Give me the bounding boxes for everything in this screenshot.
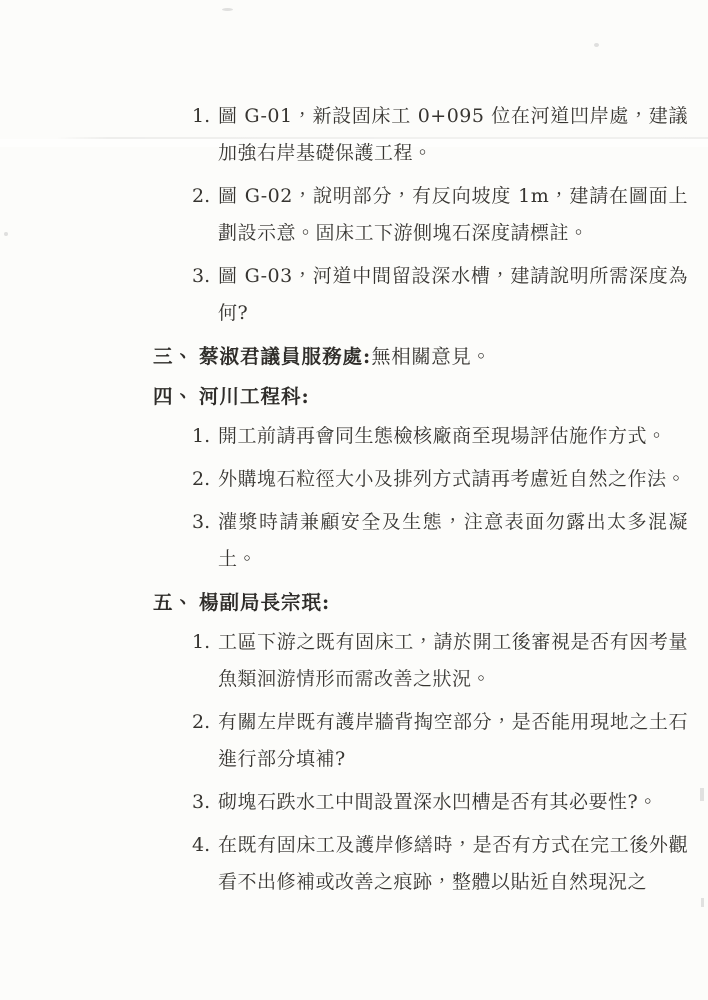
item-number: 1. [192, 624, 210, 661]
list-item: 4.在既有固床工及護岸修繕時，是否有方式在完工後外觀看不出修補或改善之痕跡，整體… [218, 827, 688, 901]
item-number: 1. [192, 98, 210, 135]
section-heading: 五、楊副局長宗珉: [0, 584, 708, 621]
list-item: 1.工區下游之既有固床工，請於開工後審視是否有因考量魚類洄游情形而需改善之狀況。 [218, 624, 688, 698]
document-page: 1.圖 G-01，新設固床工 0+095 位在河道凹岸處，建議加強右岸基礎保護工… [0, 0, 708, 1000]
document-content: 1.圖 G-01，新設固床工 0+095 位在河道凹岸處，建議加強右岸基礎保護工… [0, 98, 708, 907]
item-text: 圖 G-02，說明部分，有反向坡度 1m，建請在圖面上劃設示意。固床工下游側塊石… [218, 185, 688, 244]
item-number: 3. [192, 258, 210, 295]
list-item: 1.開工前請再會同生態檢核廠商至現場評估施作方式。 [218, 418, 688, 455]
item-number: 4. [192, 827, 210, 864]
item-number: 2. [192, 461, 210, 498]
item-number: 2. [192, 178, 210, 215]
item-text: 有關左岸既有護岸牆背掏空部分，是否能用現地之土石進行部分填補? [218, 711, 688, 770]
item-number: 3. [192, 504, 210, 541]
list-item: 3.砌塊石跌水工中間設置深水凹槽是否有其必要性?。 [218, 784, 688, 821]
list-item: 2.有關左岸既有護岸牆背掏空部分，是否能用現地之土石進行部分填補? [218, 704, 688, 778]
item-text: 在既有固床工及護岸修繕時，是否有方式在完工後外觀看不出修補或改善之痕跡，整體以貼… [218, 834, 688, 893]
list-item: 2.圖 G-02，說明部分，有反向坡度 1m，建請在圖面上劃設示意。固床工下游側… [218, 178, 688, 252]
numbered-list: 1.開工前請再會同生態檢核廠商至現場評估施作方式。2.外購塊石粒徑大小及排列方式… [0, 418, 708, 578]
list-item: 1.圖 G-01，新設固床工 0+095 位在河道凹岸處，建議加強右岸基礎保護工… [218, 98, 688, 172]
item-text: 砌塊石跌水工中間設置深水凹槽是否有其必要性?。 [218, 791, 658, 813]
section-heading: 三、蔡淑君議員服務處:無相關意見。 [0, 338, 708, 375]
item-number: 2. [192, 704, 210, 741]
section-title: 楊副局長宗珉: [199, 591, 330, 614]
item-text: 灌漿時請兼顧安全及生態，注意表面勿露出太多混凝土。 [218, 511, 688, 570]
item-number: 3. [192, 784, 210, 821]
section-title: 河川工程科: [199, 385, 310, 408]
list-item: 2.外購塊石粒徑大小及排列方式請再考慮近自然之作法。 [218, 461, 688, 498]
section-marker: 四、 [153, 378, 199, 415]
numbered-list: 1.圖 G-01，新設固床工 0+095 位在河道凹岸處，建議加強右岸基礎保護工… [0, 98, 708, 332]
item-text: 工區下游之既有固床工，請於開工後審視是否有因考量魚類洄游情形而需改善之狀況。 [218, 631, 688, 690]
item-text: 圖 G-03，河道中間留設深水槽，建請說明所需深度為何? [218, 265, 688, 324]
list-item: 3.灌漿時請兼顧安全及生態，注意表面勿露出太多混凝土。 [218, 504, 688, 578]
item-text: 圖 G-01，新設固床工 0+095 位在河道凹岸處，建議加強右岸基礎保護工程。 [218, 105, 688, 164]
section-heading: 四、河川工程科: [0, 378, 708, 415]
section-inline-text: 無相關意見。 [371, 345, 491, 368]
item-number: 1. [192, 418, 210, 455]
scan-speck [594, 43, 599, 47]
numbered-list: 1.工區下游之既有固床工，請於開工後審視是否有因考量魚類洄游情形而需改善之狀況。… [0, 624, 708, 901]
section-marker: 五、 [153, 584, 199, 621]
section-title: 蔡淑君議員服務處: [199, 345, 371, 368]
list-item: 3.圖 G-03，河道中間留設深水槽，建請說明所需深度為何? [218, 258, 688, 332]
scan-speck [222, 8, 233, 11]
item-text: 開工前請再會同生態檢核廠商至現場評估施作方式。 [218, 425, 667, 447]
item-text: 外購塊石粒徑大小及排列方式請再考慮近自然之作法。 [218, 468, 686, 490]
section-marker: 三、 [153, 338, 199, 375]
